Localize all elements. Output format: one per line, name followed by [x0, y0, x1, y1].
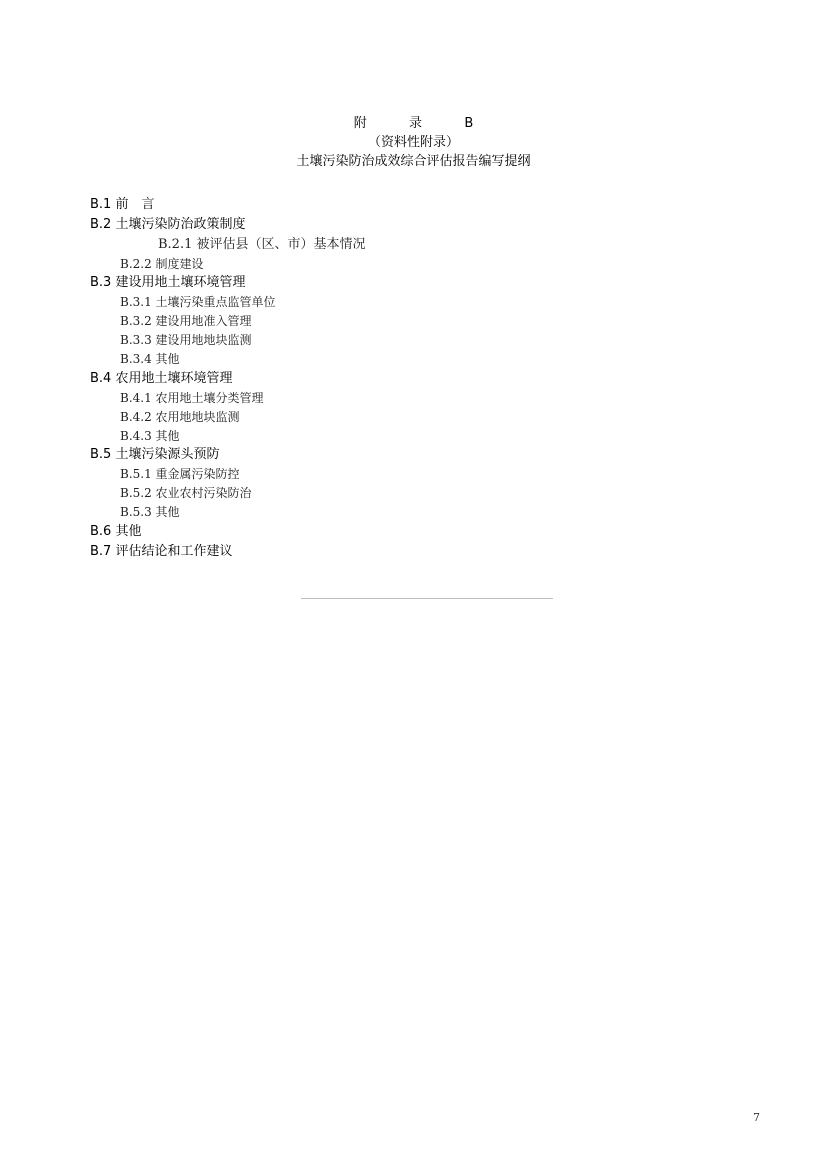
toc-title: 其他	[115, 524, 141, 539]
toc-subitem: B.3.4 其他	[120, 350, 180, 368]
toc-title: 土壤污染源头预防	[115, 447, 219, 462]
document-title: 土壤污染防治成效综合评估报告编写提纲	[0, 153, 827, 171]
toc-subitem: B.5.2 农业农村污染防治	[120, 484, 252, 502]
toc-number: B.4.1	[120, 391, 152, 405]
toc-number: B.3	[90, 275, 111, 290]
toc-number: B.2	[90, 217, 111, 232]
toc-subitem: B.2.1 被评估县（区、市）基本情况	[158, 236, 366, 254]
toc-title: 其他	[156, 429, 180, 443]
appendix-label-part: 录	[409, 115, 422, 133]
toc-subitem: B.3.3 建设用地地块监测	[120, 331, 252, 349]
toc-number: B.5.1	[120, 467, 152, 481]
toc-subitem: B.4.1 农用地土壤分类管理	[120, 389, 264, 407]
end-rule-divider	[301, 598, 553, 599]
toc-title: 其他	[156, 352, 180, 366]
toc-subitem: B.3.2 建设用地准入管理	[120, 312, 252, 330]
toc-number: B.4	[90, 371, 111, 386]
toc-subitem: B.3.1 土壤污染重点监管单位	[120, 293, 276, 311]
toc-title: 建设用地地块监测	[156, 333, 252, 347]
toc-title: 建设用地准入管理	[156, 314, 252, 328]
toc-subitem: B.5.1 重金属污染防控	[120, 465, 240, 483]
toc-title: 建设用地土壤环境管理	[115, 275, 245, 290]
toc-item: B.1 前 言	[90, 196, 154, 214]
toc-title: 农用地地块监测	[156, 410, 240, 424]
toc-item: B.6 其他	[90, 523, 141, 541]
toc-title: 其他	[156, 505, 180, 519]
toc-number: B.2.1	[158, 237, 192, 252]
toc-item: B.4 农用地土壤环境管理	[90, 370, 232, 388]
toc-number: B.5	[90, 447, 111, 462]
toc-number: B.2.2	[120, 257, 152, 271]
toc-subitem: B.4.3 其他	[120, 427, 180, 445]
toc-title: 农用地土壤分类管理	[156, 391, 264, 405]
toc-item: B.2 土壤污染防治政策制度	[90, 216, 245, 234]
page-number: 7	[753, 1111, 760, 1124]
toc-number: B.5.3	[120, 505, 152, 519]
toc-title: 土壤污染防治政策制度	[115, 217, 245, 232]
toc-number: B.1	[90, 197, 111, 212]
toc-number: B.5.2	[120, 486, 152, 500]
toc-number: B.7	[90, 544, 111, 559]
toc-subitem: B.4.2 农用地地块监测	[120, 408, 240, 426]
toc-number: B.3.2	[120, 314, 152, 328]
toc-title: 农业农村污染防治	[156, 486, 252, 500]
toc-number: B.3.1	[120, 295, 152, 309]
toc-number: B.6	[90, 524, 111, 539]
toc-title: 农用地土壤环境管理	[115, 371, 232, 386]
toc-item: B.5 土壤污染源头预防	[90, 446, 219, 464]
toc-title: 制度建设	[156, 257, 204, 271]
toc-item: B.7 评估结论和工作建议	[90, 543, 232, 561]
toc-number: B.3.3	[120, 333, 152, 347]
toc-subitem: B.2.2 制度建设	[120, 255, 204, 273]
toc-title: 被评估县（区、市）基本情况	[197, 237, 366, 252]
toc-title: 评估结论和工作建议	[115, 544, 232, 559]
appendix-label-part: B	[464, 115, 473, 133]
toc-title: 土壤污染重点监管单位	[156, 295, 276, 309]
toc-number: B.4.3	[120, 429, 152, 443]
appendix-type: （资料性附录）	[0, 134, 827, 152]
toc-number: B.4.2	[120, 410, 152, 424]
toc-number: B.3.4	[120, 352, 152, 366]
toc-subitem: B.5.3 其他	[120, 503, 180, 521]
toc-title: 重金属污染防控	[156, 467, 240, 481]
toc-title: 前 言	[115, 197, 154, 212]
appendix-label-part: 附	[354, 115, 367, 133]
toc-item: B.3 建设用地土壤环境管理	[90, 274, 245, 292]
appendix-label: 附 录 B	[0, 115, 827, 133]
